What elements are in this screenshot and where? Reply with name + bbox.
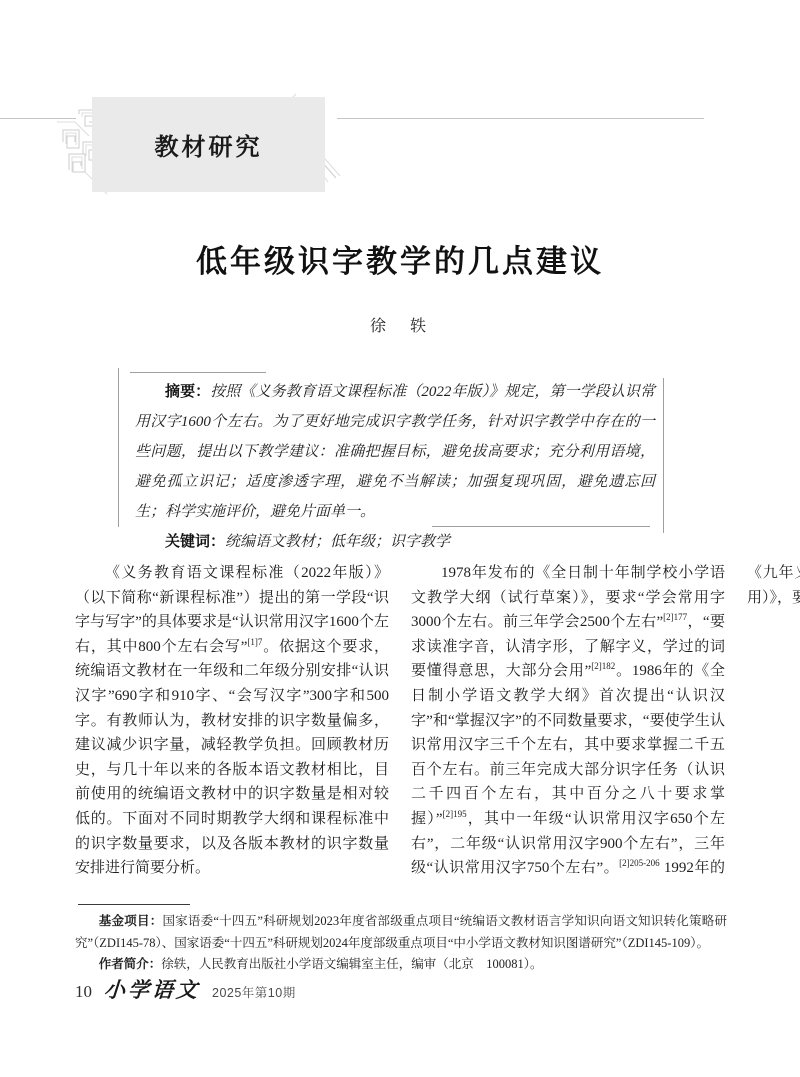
journal-page: 教材研究 低年级识字教学的几点建议 徐 轶 摘要：按照《义务教育语文课程标准（2…	[0, 0, 800, 1077]
article-body: 《义务教育语文课程标准（2022年版）》（以下简称“新课程标准”）提出的第一学段…	[75, 561, 725, 889]
abstract-rule-top	[130, 372, 266, 373]
fund-note: 基金项目：国家语委“十四五”科研规划2023年度省部级重点项目“统编语文教材语言…	[75, 911, 727, 954]
keywords-text: 统编语文教材；低年级；识字教学	[225, 534, 450, 550]
footnote-divider	[78, 904, 190, 905]
keywords-paragraph: 关键词：统编语文教材；低年级；识字教学	[135, 527, 655, 557]
journal-name: 小学语文	[103, 974, 201, 1004]
abstract-rule-right	[663, 378, 664, 533]
page-footer: 10 小学语文 2025年第10期	[75, 974, 296, 1004]
header-rule-left	[0, 118, 76, 119]
header-rule-right	[337, 118, 704, 119]
fund-text: 国家语委“十四五”科研规划2023年度省部级重点项目“统编语文教材语言学知识向语…	[75, 914, 727, 950]
author-bio-text: 徐轶，人民教育出版社小学语文编辑室主任，编审（北京 100081）。	[161, 957, 542, 971]
abstract-rule-left	[118, 368, 119, 527]
category-box: 教材研究	[92, 97, 325, 192]
abstract-text: 按照《义务教育语文课程标准（2022年版）》规定，第一学段认识常用汉字1600个…	[135, 384, 655, 520]
footnotes: 基金项目：国家语委“十四五”科研规划2023年度省部级重点项目“统编语文教材语言…	[75, 911, 727, 976]
author-bio-label: 作者简介：	[99, 957, 162, 971]
article-title: 低年级识字教学的几点建议	[0, 236, 800, 281]
body-paragraph-2: 1978年发布的《全日制十年制学校小学语文教学大纲（试行草案）》，要求“学会常用…	[411, 561, 800, 889]
issue-label: 2025年第10期	[212, 983, 296, 1001]
body-paragraph-1: 《义务教育语文课程标准（2022年版）》（以下简称“新课程标准”）提出的第一学段…	[75, 561, 389, 881]
author-note: 作者简介：徐轶，人民教育出版社小学语文编辑室主任，编审（北京 100081）。	[75, 954, 727, 976]
keywords-label: 关键词：	[165, 533, 225, 550]
fund-label: 基金项目：	[99, 914, 163, 928]
abstract-block: 摘要：按照《义务教育语文课程标准（2022年版）》规定，第一学段认识常用汉字16…	[135, 377, 655, 557]
category-label: 教材研究	[155, 127, 263, 162]
page-number: 10	[75, 982, 92, 1002]
abstract-paragraph: 摘要：按照《义务教育语文课程标准（2022年版）》规定，第一学段认识常用汉字16…	[135, 377, 655, 527]
abstract-label: 摘要：	[165, 383, 210, 400]
article-author: 徐 轶	[0, 313, 800, 336]
